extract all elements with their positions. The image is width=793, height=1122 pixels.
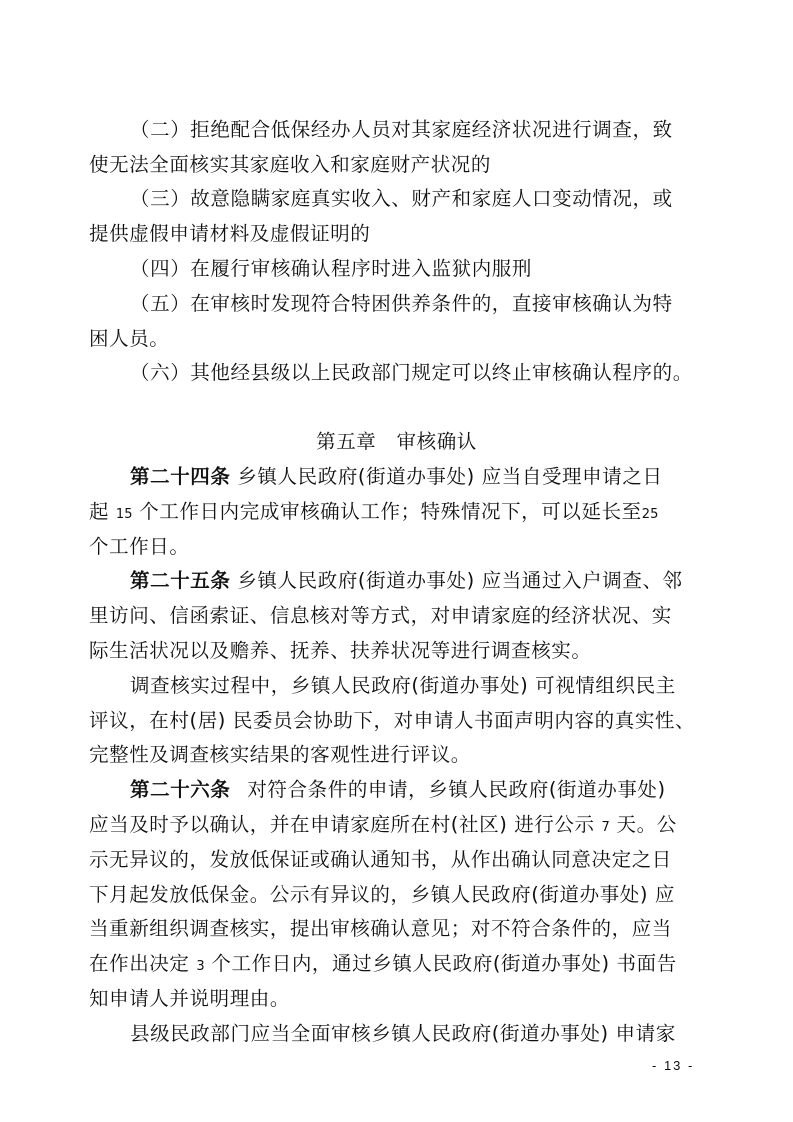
article-25-para2-line-3: 完整性及调查核实结果的客观性进行评议。	[89, 743, 709, 767]
number-days: 7	[601, 820, 609, 835]
article-26-text: 对符合条件的申请，乡镇人民政府(街道办事处)	[247, 778, 665, 801]
text-segment: 应当及时予以确认，并在申请家庭所在村(社区) 进行公示	[89, 813, 595, 836]
article-25-line-2: 里访问、信函索证、信息核对等方式，对申请家庭的经济状况、实	[89, 604, 709, 628]
article-26-line-1: 第二十六条 对符合条件的申请，乡镇人民政府(街道办事处)	[130, 778, 750, 802]
article-24-line-2: 起 15 个工作日内完成审核确认工作；特殊情况下，可以延长至25	[89, 500, 709, 527]
number-days: 15	[116, 507, 133, 522]
article-24-line-3: 个工作日。	[89, 535, 709, 559]
article-24-text: 乡镇人民政府(街道办事处) 应当自受理申请之日	[237, 465, 662, 488]
article-26-label: 第二十六条	[130, 778, 231, 801]
article-26-line-3: 示无异议的，发放低保证或确认通知书，从作出确认同意决定之日	[89, 848, 709, 872]
article-26-line-4: 下月起发放低保金。公示有异议的，乡镇人民政府(街道办事处) 应	[89, 883, 709, 907]
text-segment: 起	[89, 500, 109, 523]
text-segment: 个工作日内，通过乡镇人民政府(街道办事处) 书面告	[211, 952, 676, 975]
clause-4-line-1: （四）在履行审核确认程序时进入监狱内服刑	[130, 257, 750, 281]
text-segment: 天。公	[617, 813, 677, 836]
clause-5-line-1: （五）在审核时发现符合特困供养条件的，直接审核确认为特	[130, 292, 750, 316]
article-25-text: 乡镇人民政府(街道办事处) 应当通过入户调查、邻	[237, 569, 682, 592]
article-26-para2-line-1: 县级民政部门应当全面审核乡镇人民政府(街道办事处) 申请家	[130, 1022, 750, 1046]
article-26-line-6: 在作出决定 3 个工作日内，通过乡镇人民政府(街道办事处) 书面告	[89, 952, 709, 979]
clause-5-line-2: 困人员。	[89, 327, 709, 351]
article-26-line-5: 当重新组织调查核实，提出审核确认意见；对不符合条件的，应当	[89, 917, 709, 941]
document-page: （二）拒绝配合低保经办人员对其家庭经济状况进行调查，致 使无法全面核实其家庭收入…	[0, 0, 793, 1122]
clause-2-line-1: （二）拒绝配合低保经办人员对其家庭经济状况进行调查，致	[130, 118, 750, 142]
article-24-label: 第二十四条	[130, 465, 231, 488]
article-25-line-1: 第二十五条 乡镇人民政府(街道办事处) 应当通过入户调查、邻	[130, 569, 750, 593]
clause-3-line-2: 提供虚假申请材料及虚假证明的	[89, 222, 709, 246]
number-days-extended: 25	[642, 507, 659, 522]
clause-6-line-1: （六）其他经县级以上民政部门规定可以终止审核确认程序的。	[130, 361, 750, 385]
article-26-line-7: 知申请人并说明理由。	[89, 987, 709, 1011]
article-24-line-1: 第二十四条 乡镇人民政府(街道办事处) 应当自受理申请之日	[130, 465, 750, 489]
text-segment: 个工作日内完成审核确认工作；特殊情况下，可以延长至	[139, 500, 642, 523]
article-25-para2-line-2: 评议，在村(居) 民委员会协助下，对申请人书面声明内容的真实性、	[89, 709, 709, 733]
number-days: 3	[196, 959, 204, 974]
article-25-line-3: 际生活状况以及赡养、抚养、扶养状况等进行调查核实。	[89, 639, 709, 663]
article-25-para2-line-1: 调查核实过程中，乡镇人民政府(街道办事处) 可视情组织民主	[130, 674, 750, 698]
clause-2-line-2: 使无法全面核实其家庭收入和家庭财产状况的	[89, 153, 709, 177]
page-number: - 13 -	[652, 1058, 694, 1073]
article-26-line-2: 应当及时予以确认，并在申请家庭所在村(社区) 进行公示 7 天。公	[89, 813, 709, 840]
article-25-label: 第二十五条	[130, 569, 231, 592]
chapter-title: 第五章 审核确认	[0, 430, 793, 454]
text-segment: 在作出决定	[89, 952, 190, 975]
clause-3-line-1: （三）故意隐瞒家庭真实收入、财产和家庭人口变动情况，或	[130, 187, 750, 211]
